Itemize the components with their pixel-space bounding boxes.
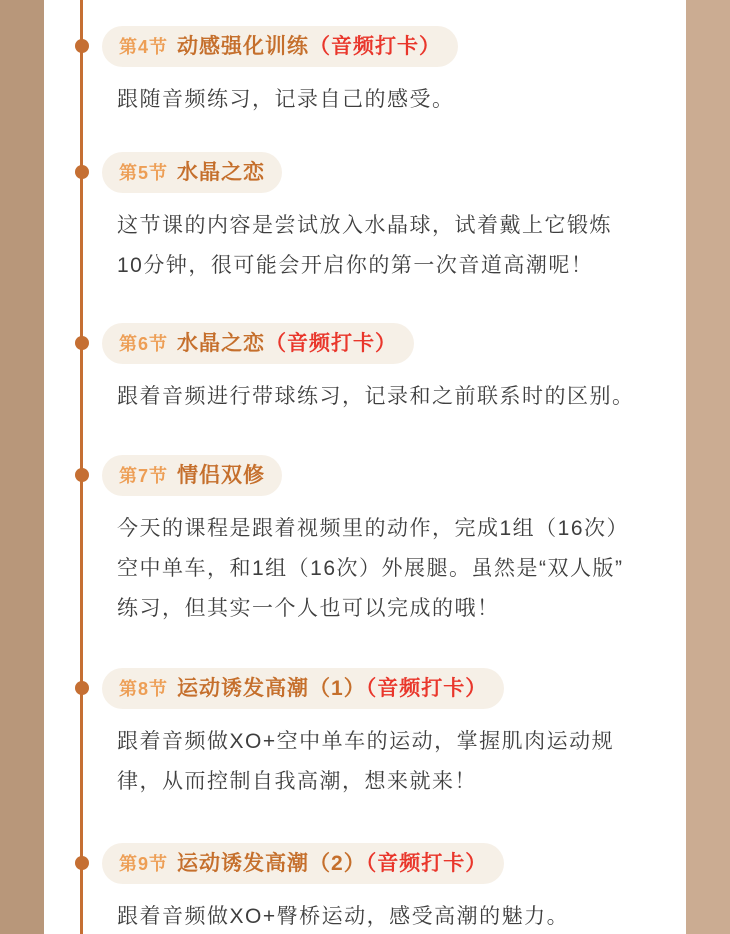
section-description: 跟着音频做XO+空中单车的运动，掌握肌肉运动规 律，从而控制自我高潮，想来就来！ (117, 722, 686, 802)
section-number: 第6节 (119, 334, 168, 354)
course-section-9: 第9节运动诱发高潮（2）（音频打卡） 跟着音频做XO+臀桥运动，感受高潮的魅力。 (44, 843, 686, 934)
section-description: 今天的课程是跟着视频里的动作，完成1组（16次） 空中单车，和1组（16次）外展… (117, 509, 686, 629)
description-line: 律，从而控制自我高潮，想来就来！ (117, 762, 686, 802)
section-number: 第8节 (119, 679, 168, 699)
timeline-dot (75, 856, 89, 870)
description-line: 跟着音频做XO+空中单车的运动，掌握肌肉运动规 (117, 722, 686, 762)
section-badge: 第9节运动诱发高潮（2）（音频打卡） (102, 843, 504, 884)
section-title: 运动诱发高潮（2） (177, 852, 366, 875)
section-title: 动感强化训练 (177, 35, 309, 58)
section-badge: 第4节动感强化训练（音频打卡） (102, 26, 458, 67)
timeline-dot (75, 39, 89, 53)
left-edge-band (0, 0, 44, 934)
section-title: 水晶之恋 (177, 332, 265, 355)
section-checkin-tag: （音频打卡） (309, 35, 441, 58)
course-section-6: 第6节水晶之恋（音频打卡） 跟着音频进行带球练习，记录和之前联系时的区别。 (44, 323, 686, 417)
section-description: 这节课的内容是尝试放入水晶球，试着戴上它锻炼 10分钟，很可能会开启你的第一次音… (117, 206, 686, 286)
section-description: 跟着音频做XO+臀桥运动，感受高潮的魅力。 (117, 897, 686, 934)
section-number: 第7节 (119, 466, 168, 486)
section-number: 第4节 (119, 37, 168, 57)
description-line: 跟着音频进行带球练习，记录和之前联系时的区别。 (117, 377, 686, 417)
section-description: 跟随音频练习，记录自己的感受。 (117, 80, 686, 120)
course-section-4: 第4节动感强化训练（音频打卡） 跟随音频练习，记录自己的感受。 (44, 26, 686, 120)
description-line: 空中单车，和1组（16次）外展腿。虽然是“双人版” (117, 549, 686, 589)
section-description: 跟着音频进行带球练习，记录和之前联系时的区别。 (117, 377, 686, 417)
description-line: 跟着音频做XO+臀桥运动，感受高潮的魅力。 (117, 897, 686, 934)
section-badge: 第8节运动诱发高潮（1）（音频打卡） (102, 668, 504, 709)
section-number: 第5节 (119, 163, 168, 183)
description-line: 今天的课程是跟着视频里的动作，完成1组（16次） (117, 509, 686, 549)
course-section-5: 第5节水晶之恋 这节课的内容是尝试放入水晶球，试着戴上它锻炼 10分钟，很可能会… (44, 152, 686, 286)
course-outline-content: 第4节动感强化训练（音频打卡） 跟随音频练习，记录自己的感受。 第5节水晶之恋 … (44, 0, 686, 934)
section-title: 运动诱发高潮（1） (177, 677, 366, 700)
course-section-8: 第8节运动诱发高潮（1）（音频打卡） 跟着音频做XO+空中单车的运动，掌握肌肉运… (44, 668, 686, 802)
description-line: 10分钟，很可能会开启你的第一次音道高潮呢！ (117, 246, 686, 286)
section-badge: 第7节情侣双修 (102, 455, 282, 496)
timeline-dot (75, 336, 89, 350)
timeline-dot (75, 681, 89, 695)
section-checkin-tag: （音频打卡） (265, 332, 397, 355)
section-checkin-tag: （音频打卡） (366, 677, 488, 700)
description-line: 跟随音频练习，记录自己的感受。 (117, 80, 686, 120)
section-badge: 第5节水晶之恋 (102, 152, 282, 193)
section-checkin-tag: （音频打卡） (366, 852, 488, 875)
section-title: 情侣双修 (177, 464, 265, 487)
section-badge: 第6节水晶之恋（音频打卡） (102, 323, 414, 364)
section-number: 第9节 (119, 854, 168, 874)
course-section-7: 第7节情侣双修 今天的课程是跟着视频里的动作，完成1组（16次） 空中单车，和1… (44, 455, 686, 629)
description-line: 练习，但其实一个人也可以完成的哦！ (117, 589, 686, 629)
timeline-dot (75, 468, 89, 482)
timeline-dot (75, 165, 89, 179)
description-line: 这节课的内容是尝试放入水晶球，试着戴上它锻炼 (117, 206, 686, 246)
course-outline-page: 第4节动感强化训练（音频打卡） 跟随音频练习，记录自己的感受。 第5节水晶之恋 … (0, 0, 730, 934)
right-edge-band (686, 0, 730, 934)
section-title: 水晶之恋 (177, 161, 265, 184)
